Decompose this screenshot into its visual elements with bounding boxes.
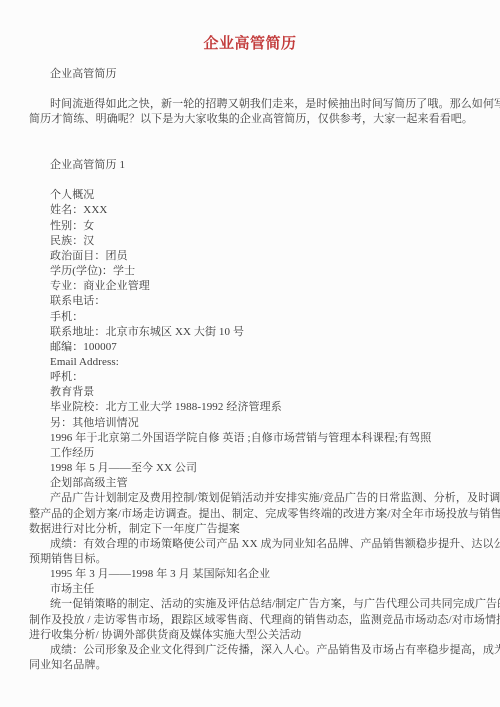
field-ethnicity: 民族：汉 [29, 234, 480, 249]
resume-subtitle: 企业高管简历 [29, 67, 480, 82]
field-major: 专业：商业企业管理 [29, 279, 480, 294]
spacer [29, 128, 480, 143]
spacer [29, 173, 480, 188]
training-detail: 1996 年于北京第二外国语学院自修 英语 ;自修市场营销与管理本科课程;有驾照 [29, 431, 480, 446]
field-email: Email Address: [29, 355, 480, 370]
field-school: 毕业院校：北方工业大学 1988-1992 经济管理系 [29, 400, 480, 415]
field-address: 联系地址：北京市东城区 XX 大街 10 号 [29, 325, 480, 340]
job2-achievement-line-2: 同业知名品牌。 [29, 658, 480, 673]
intro-line-2: 简历才简练、明确呢？以下是为大家收集的企业高管简历，仅供参考，大家一起来看看吧。 [29, 112, 480, 127]
field-zipcode: 邮编：100007 [29, 340, 480, 355]
job1-duties-line-1: 产品广告计划制定及费用控制/策划促销活动并安排实施/竞品广告的日常监测、分析，及… [29, 491, 480, 506]
job2-title: 市场主任 [29, 582, 480, 597]
field-education-degree: 学历(学位)：学士 [29, 264, 480, 279]
job1-achievement-line-2: 预期销售目标。 [29, 552, 480, 567]
field-gender: 性别：女 [29, 219, 480, 234]
job1-duties-line-2: 整产品的企划方案/市场走访调查。提出、制定、完成零售终端的改进方案/对全年市场投… [29, 507, 480, 522]
spacer [29, 82, 480, 97]
field-pager: 呼机： [29, 370, 480, 385]
field-political-status: 政治面目：团员 [29, 249, 480, 264]
job1-achievement-line-1: 成绩：有效合理的市场策略使公司产品 XX 成为同业知名品牌、产品销售额稳步提升、… [29, 537, 480, 552]
field-phone: 联系电话： [29, 294, 480, 309]
field-other-training: 另：其他培训情况 [29, 416, 480, 431]
section-education: 教育背景 [29, 385, 480, 400]
resume1-heading: 企业高管简历 1 [29, 158, 480, 173]
document-body: 企业高管简历时间流逝得如此之快，新一轮的招聘又朝我们走来，是时候抽出时间写简历了… [0, 67, 500, 673]
job2-duties-line-1: 统一促销策略的制定、活动的实施及评估总结/制定广告方案，与广告代理公司共同完成广… [29, 597, 480, 612]
job1-title: 企划部高级主管 [29, 476, 480, 491]
job1-period: 1998 年 5 月——至今 XX 公司 [29, 461, 480, 476]
section-work-experience: 工作经历 [29, 446, 480, 461]
job2-duties-line-3: 进行收集分析/ 协调外部供货商及媒体实施大型公关活动 [29, 628, 480, 643]
job2-achievement-line-1: 成绩：公司形象及企业文化得到广泛传播，深入人心。产品销售及市场占有率稳步提高，成… [29, 643, 480, 658]
field-name: 姓名：XXX [29, 203, 480, 218]
job2-period: 1995 年 3 月——1998 年 3 月 某国际知名企业 [29, 567, 480, 582]
document-title: 企业高管简历 [0, 36, 500, 53]
resume-document-page: 企业高管简历 企业高管简历时间流逝得如此之快，新一轮的招聘又朝我们走来，是时候抽… [0, 0, 500, 707]
field-mobile: 手机： [29, 310, 480, 325]
job1-duties-line-3: 数据进行对比分析，制定下一年度广告提案 [29, 522, 480, 537]
spacer [29, 143, 480, 158]
job2-duties-line-2: 制作及投放 / 走访零售市场，跟踪区域零售商、代理商的销售动态，监测竞品市场动态… [29, 613, 480, 628]
intro-line-1: 时间流逝得如此之快，新一轮的招聘又朝我们走来，是时候抽出时间写简历了哦。那么如何… [29, 97, 480, 112]
section-personal-overview: 个人概况 [29, 188, 480, 203]
